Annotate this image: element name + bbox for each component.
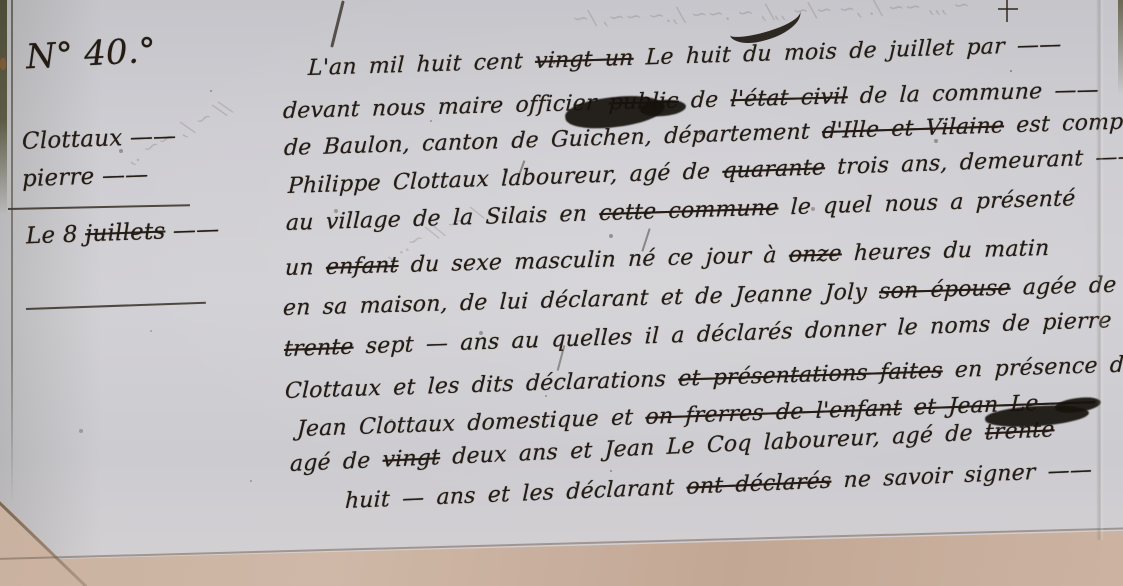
struck-text: trente	[284, 335, 354, 362]
left-edge-spot	[0, 58, 6, 70]
struck-text: quarante	[722, 155, 825, 184]
act-text: devant nous maire officier	[282, 90, 609, 124]
right-binding-crease	[1096, 0, 1104, 540]
margin-given-name: pierre ——	[22, 162, 149, 192]
act-text: en sa maison, de lui déclarant et de Jea…	[282, 279, 879, 321]
act-number: N° 40.°	[25, 31, 157, 78]
struck-text: on frerres de l'enfant	[645, 396, 902, 430]
struck-text: onze	[788, 241, 842, 267]
act-text: le quel nous a présenté	[778, 186, 1076, 220]
margin-surname: Clottaux ——	[22, 123, 177, 154]
struck-text: enfant	[325, 253, 399, 280]
struck-text: et présentations faites	[678, 358, 943, 391]
margin-rule	[26, 302, 206, 310]
dark-right-edge	[1118, 0, 1123, 95]
struck-text: ont déclarés	[686, 469, 832, 500]
act-text: Clottaux et les dits déclarations	[285, 367, 679, 404]
margin-rule	[8, 204, 190, 210]
struck-text: l'état civil	[730, 84, 848, 112]
margin-date: Le 8 juillets ——	[26, 217, 220, 250]
act-text: L'an mil huit cent	[308, 49, 536, 81]
act-text: ne savoir signer ——	[831, 458, 1092, 494]
stray-pen-stroke	[1006, 0, 1008, 22]
act-text: du sexe masculin né ce jour à	[398, 243, 789, 278]
act-text: heures du matin	[841, 236, 1050, 266]
struck-text: cette commune	[599, 196, 779, 227]
margin-fold-line	[11, 0, 13, 505]
stray-pen-stroke	[330, 0, 345, 47]
struck-text: son épouse	[879, 276, 1012, 305]
act-text: est comparu	[1004, 108, 1123, 138]
act-text: au village de la Silais en	[286, 201, 600, 236]
act-text: huit — ans et les déclarant	[345, 475, 687, 514]
act-text: agé de	[290, 448, 383, 477]
act-text: un	[284, 255, 326, 281]
act-text: Jean Clottaux domestique et	[297, 405, 646, 442]
paper-sheet: ~ ,,, ~~ /. ,~ ~/~ ,,/, ~ .~~ /,.~ ~~, /…	[0, 0, 1123, 586]
act-text: Le huit du mois de juillet par ——	[633, 32, 1062, 70]
struck-text: d'Ille et Vilaine	[822, 113, 1005, 144]
act-text: trois ans, demeurant ——	[825, 144, 1123, 180]
act-text: de Baulon, canton de Guichen, départemen…	[284, 119, 823, 161]
act-line: L'an mil huit cent vingt un Le huit du m…	[308, 32, 1062, 81]
struck-text: vingt un	[535, 46, 634, 74]
act-text: Philippe Clottaux laboureur, agé de	[288, 159, 723, 199]
register-page-photo: ~ ,,, ~~ /. ,~ ~/~ ,,/, ~ .~~ /,.~ ~~, /…	[0, 0, 1123, 586]
act-text: de la commune ——	[847, 78, 1099, 110]
stray-pen-stroke	[998, 8, 1018, 10]
dark-left-edge	[0, 0, 7, 215]
struck-text: vingt	[382, 445, 440, 473]
act-line: un enfant du sexe masculin né ce jour à …	[284, 236, 1049, 281]
act-text: de	[678, 87, 731, 113]
